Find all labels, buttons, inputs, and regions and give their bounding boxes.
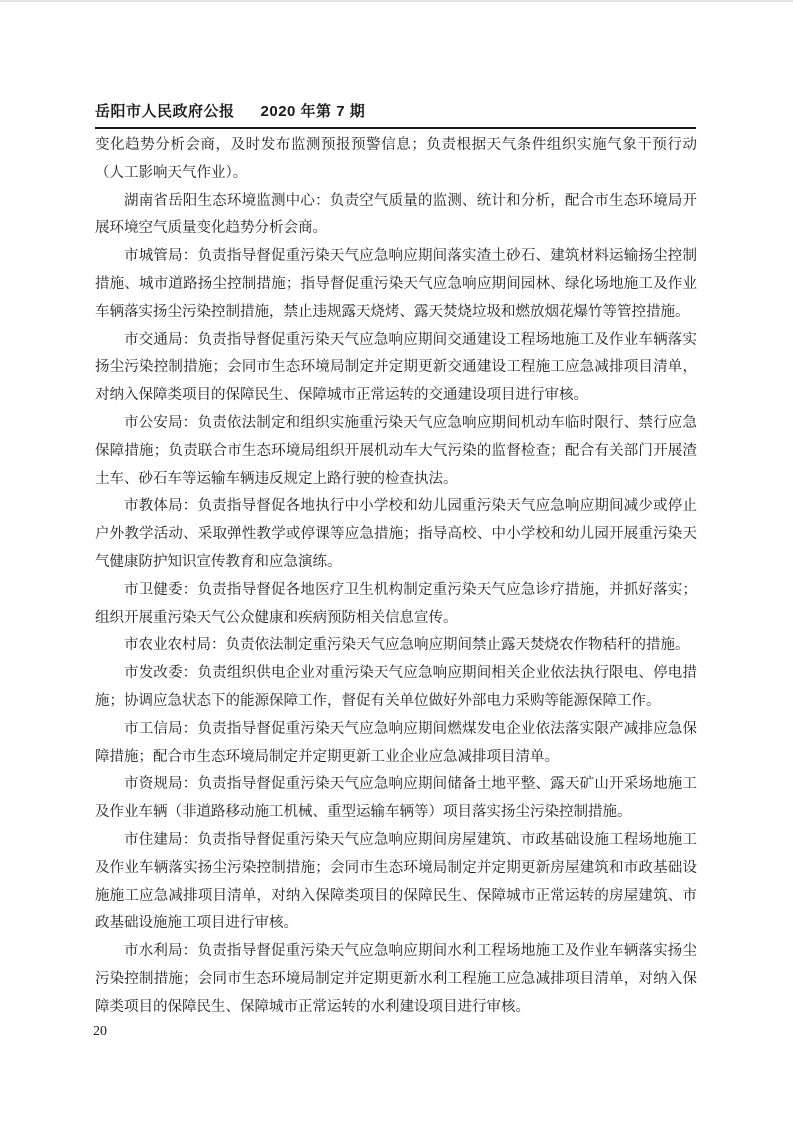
gazette-page: 岳阳市人民政府公报2020 年第 7 期 变化趋势分析会商，及时发布监测预报预警… [0, 0, 793, 1122]
paragraph-health-commission: 市卫健委：负责指导督促各地医疗卫生机构制定重污染天气应急诊疗措施，并抓好落实；组… [95, 577, 697, 633]
paragraph-continuation: 变化趋势分析会商，及时发布监测预报预警信息；负责根据天气条件组织实施气象干预行动… [95, 132, 697, 188]
paragraph-transport-bureau: 市交通局：负责指导督促重污染天气应急响应期间交通建设工程场地施工及作业车辆落实扬… [95, 327, 697, 410]
paragraph-urban-management-bureau: 市城管局：负责指导督促重污染天气应急响应期间落实渣土砂石、建筑材料运输扬尘控制措… [95, 243, 697, 326]
paragraph-resources-planning-bureau: 市资规局：负责指导督促重污染天气应急响应期间储备土地平整、露天矿山开采场地施工及… [95, 771, 697, 827]
paragraph-public-security-bureau: 市公安局：负责依法制定和组织实施重污染天气应急响应期间机动车临时限行、禁行应急保… [95, 410, 697, 493]
gazette-title: 岳阳市人民政府公报 [95, 103, 235, 120]
paragraph-industry-information-bureau: 市工信局：负责指导督促重污染天气应急响应期间燃煤发电企业依法落实限产减排应急保障… [95, 716, 697, 772]
page-number: 20 [93, 1024, 107, 1040]
paragraph-development-reform-commission: 市发改委：负责组织供电企业对重污染天气应急响应期间相关企业依法执行限电、停电措施… [95, 660, 697, 716]
paragraph-agriculture-rural-bureau: 市农业农村局：负责依法制定重污染天气应急响应期间禁止露天焚烧农作物秸秆的措施。 [95, 632, 697, 660]
paragraph-housing-construction-bureau: 市住建局：负责指导督促重污染天气应急响应期间房屋建筑、市政基础设施工程场地施工及… [95, 827, 697, 938]
gazette-issue: 2020 年第 7 期 [261, 103, 366, 120]
paragraph-education-sports-bureau: 市教体局：负责指导督促各地执行中小学校和幼儿园重污染天气应急响应期间减少或停止户… [95, 493, 697, 576]
paragraph-water-resources-bureau: 市水利局：负责指导督促重污染天气应急响应期间水利工程场地施工及作业车辆落实扬尘污… [95, 938, 697, 1021]
page-header: 岳阳市人民政府公报2020 年第 7 期 [95, 100, 696, 129]
paragraph-monitoring-center: 湖南省岳阳生态环境监测中心：负责空气质量的监测、统计和分析，配合市生态环境局开展… [95, 188, 697, 244]
document-body: 变化趋势分析会商，及时发布监测预报预警信息；负责根据天气条件组织实施气象干预行动… [95, 132, 697, 1022]
